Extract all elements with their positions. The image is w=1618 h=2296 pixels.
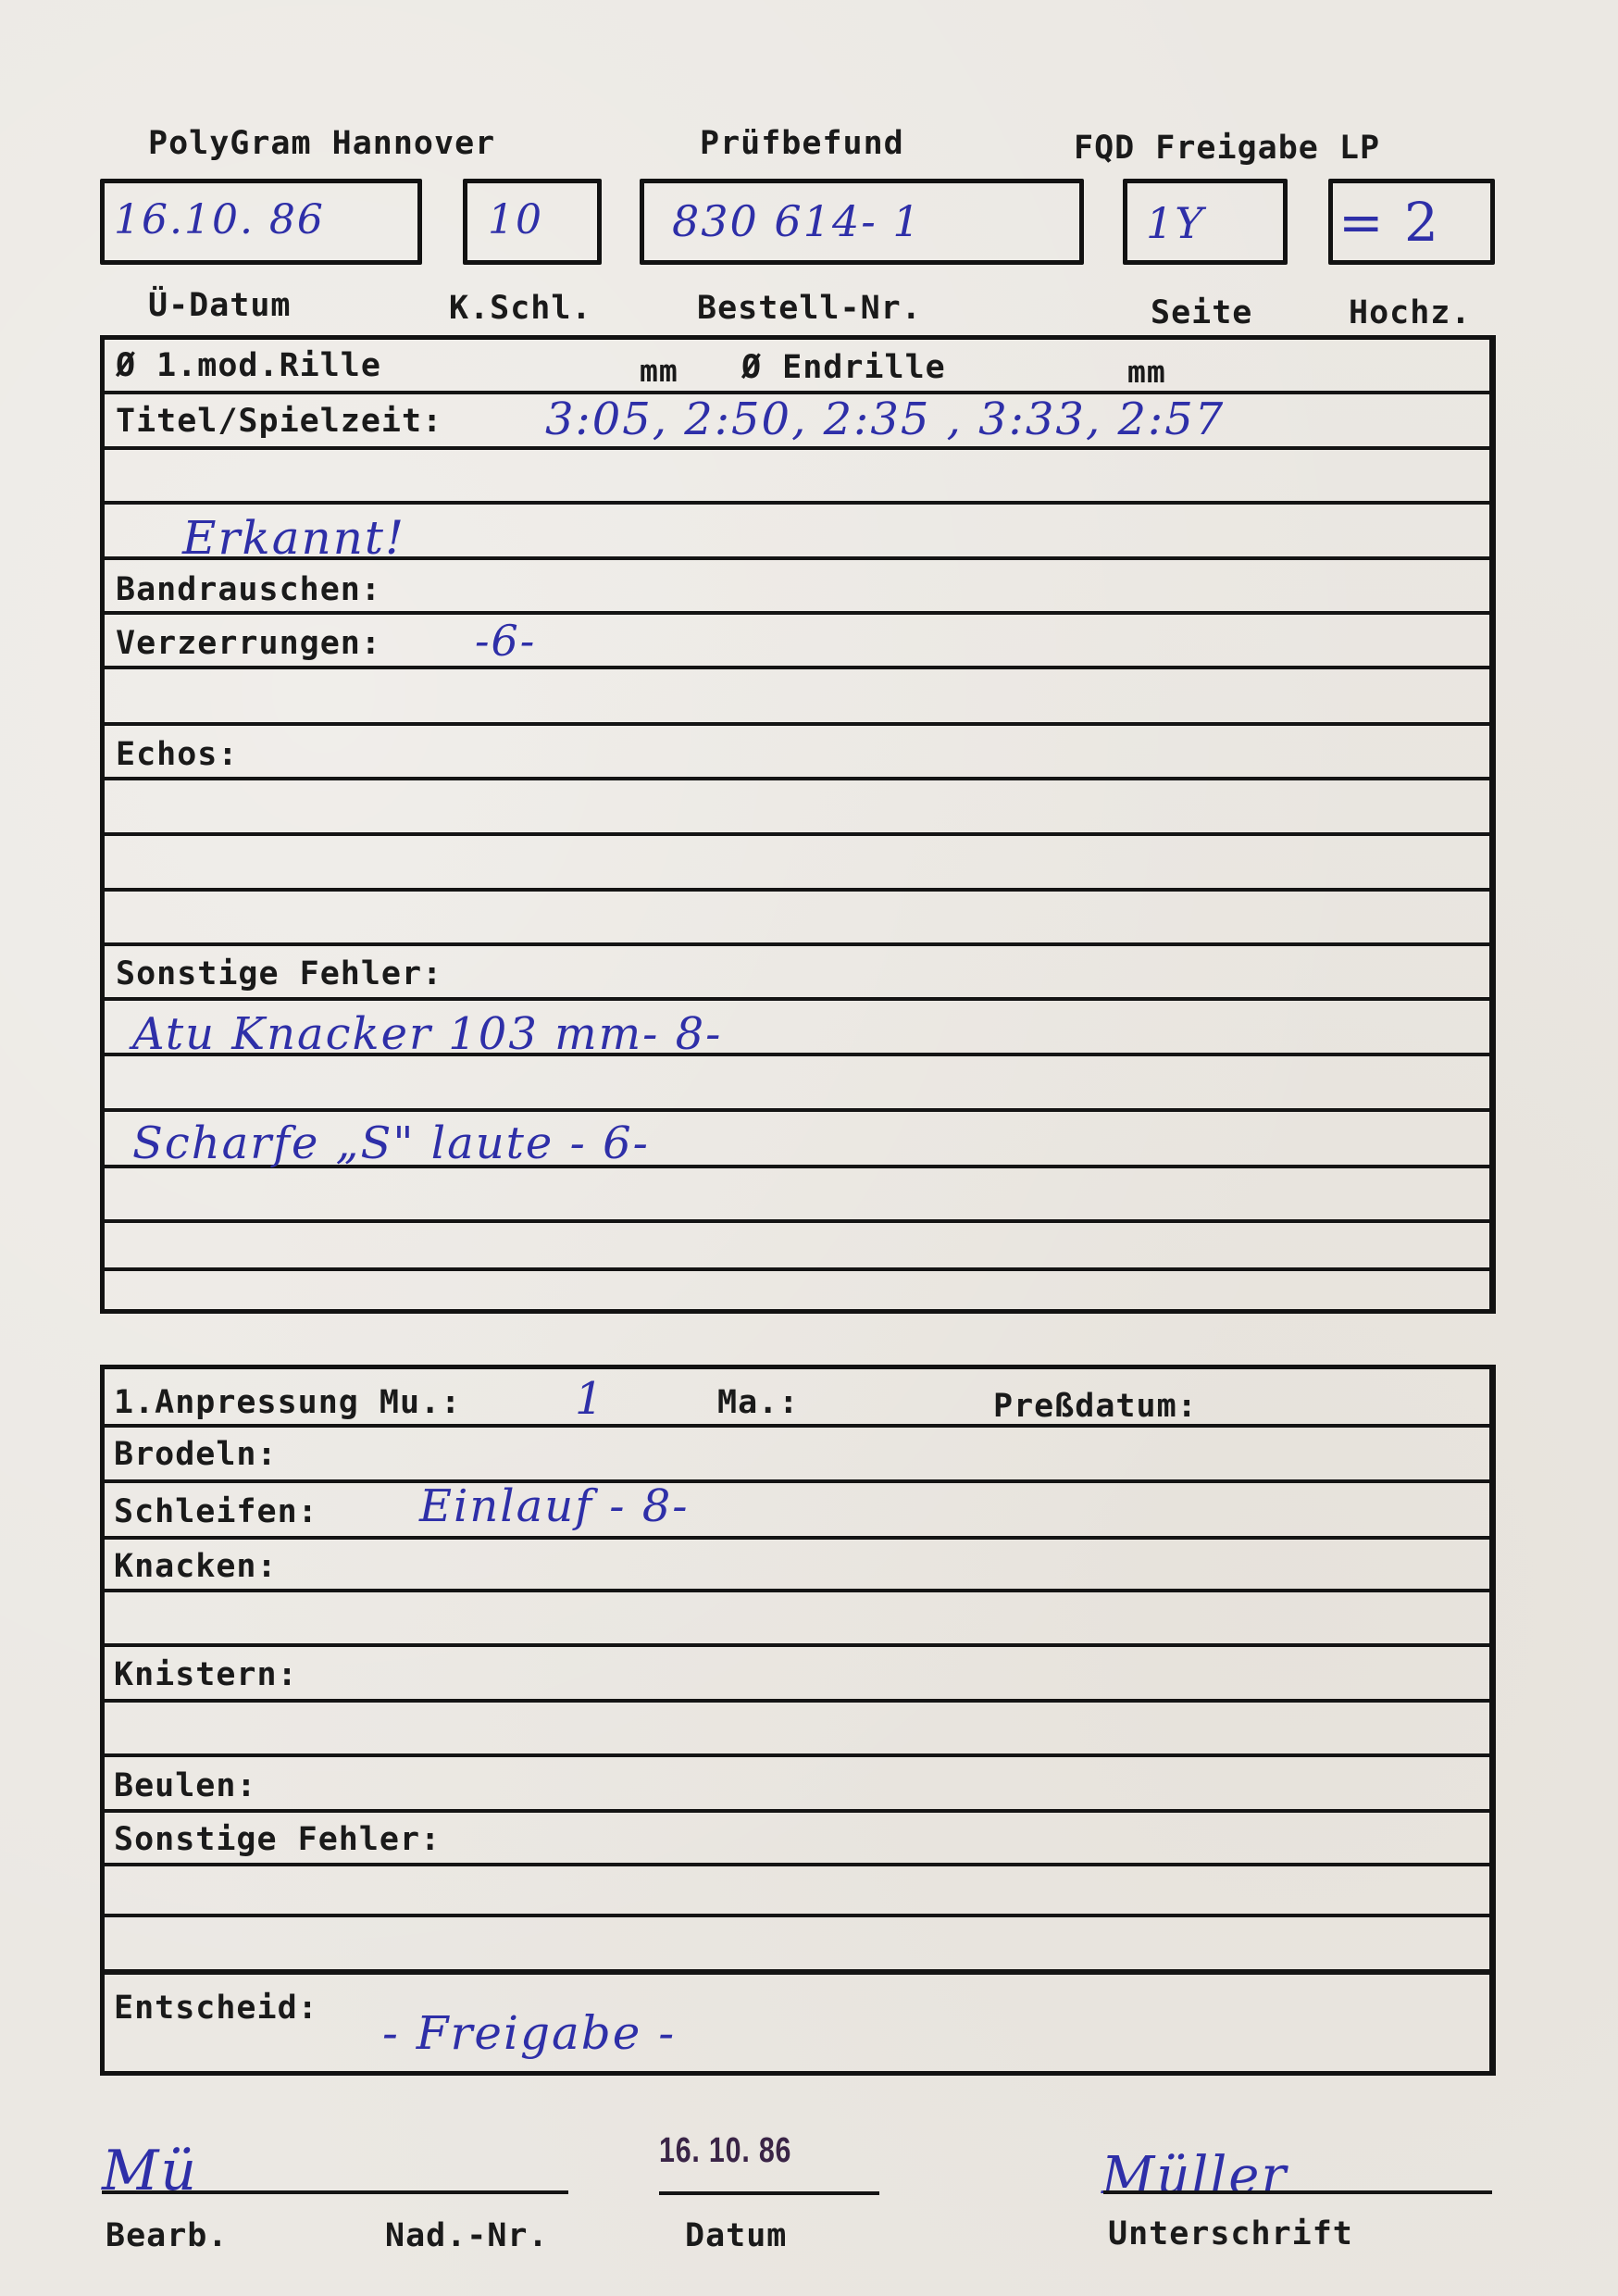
seite-field[interactable]: 1Y [1123,179,1288,265]
company-name: PolyGram Hannover [148,125,495,162]
department-title: FQD Freigabe LP [1074,130,1380,167]
hochz-field[interactable]: = 2 [1328,179,1495,265]
u-datum-label: Ü-Datum [148,287,292,324]
unterschrift-line [1103,2190,1492,2194]
entscheid-label: Entscheid: [114,1990,318,2027]
schleifen-label: Schleifen: [114,1493,318,1530]
form-title: Prüfbefund [700,125,904,162]
pressdatum-label: Preßdatum: [993,1388,1198,1425]
beulen-label: Beulen: [114,1767,257,1804]
hochz-label: Hochz. [1349,294,1471,331]
u-datum-field[interactable]: 16.10. 86 [100,179,422,265]
sonstige-fehler-line1[interactable]: Atu Knacker 103 mm- 8- [132,1008,722,1060]
erkannt-note: Erkannt! [182,511,405,565]
hochz-value: = 2 [1338,191,1440,254]
sonstige-fehler-label: Sonstige Fehler: [116,955,442,992]
bandrauschen-label: Bandrauschen: [116,571,381,608]
endrille-label: Ø Endrille [741,349,946,386]
verzerrungen-value[interactable]: -6- [475,616,536,666]
u-datum-value: 16.10. 86 [114,196,325,243]
sonstige-fehler-2-label: Sonstige Fehler: [114,1821,441,1858]
mod-rille-unit: mm [640,353,678,389]
mod-rille-label: Ø 1.mod.Rille [116,347,381,384]
verzerrungen-label: Verzerrungen: [116,625,381,662]
sonstige-fehler-line2[interactable]: Scharfe „S" laute - 6- [132,1117,650,1169]
brodeln-label: Brodeln: [114,1436,278,1473]
k-schl-label: K.Schl. [449,290,592,327]
unterschrift-label: Unterschrift [1108,2215,1353,2252]
bestell-nr-field[interactable]: 830 614- 1 [640,179,1084,265]
bearb-label: Bearb. [106,2217,228,2254]
bearb-signature-line [102,2190,568,2194]
datum-line [659,2191,879,2195]
pressing-inspection-section: 1.Anpressung Mu.: 1 Ma.: Preßdatum: Brod… [100,1365,1496,2076]
bestell-nr-label: Bestell-Nr. [697,290,922,327]
k-schl-value: 10 [488,196,543,243]
schleifen-value[interactable]: Einlauf - 8- [419,1480,689,1532]
k-schl-field[interactable]: 10 [463,179,602,265]
endrille-unit: mm [1127,354,1166,390]
knacken-label: Knacken: [114,1548,278,1585]
seite-label: Seite [1151,294,1252,331]
anpressung-mu-value[interactable]: 1 [575,1373,605,1425]
datum-label: Datum [685,2217,787,2254]
spielzeit-value[interactable]: 3:05, 2:50, 2:35 , 3:33, 2:57 [545,393,1225,445]
seite-value: 1Y [1146,198,1205,248]
bestell-nr-value: 830 614- 1 [672,196,922,246]
spielzeit-label: Titel/Spielzeit: [116,403,442,440]
anpressung-label: 1.Anpressung Mu.: [114,1384,461,1421]
pressing-tape-section: Ø 1.mod.Rille mm Ø Endrille mm Titel/Spi… [100,335,1496,1314]
entscheid-value[interactable]: - Freigabe - [382,2006,676,2060]
knistern-label: Knistern: [114,1656,298,1693]
nad-nr-label: Nad.-Nr. [385,2217,549,2254]
datum-stamp: 16. 10. 86 [659,2131,791,2171]
ma-label: Ma.: [717,1384,799,1421]
unterschrift-signature: Müller [1101,2146,1288,2206]
echos-label: Echos: [116,736,238,773]
